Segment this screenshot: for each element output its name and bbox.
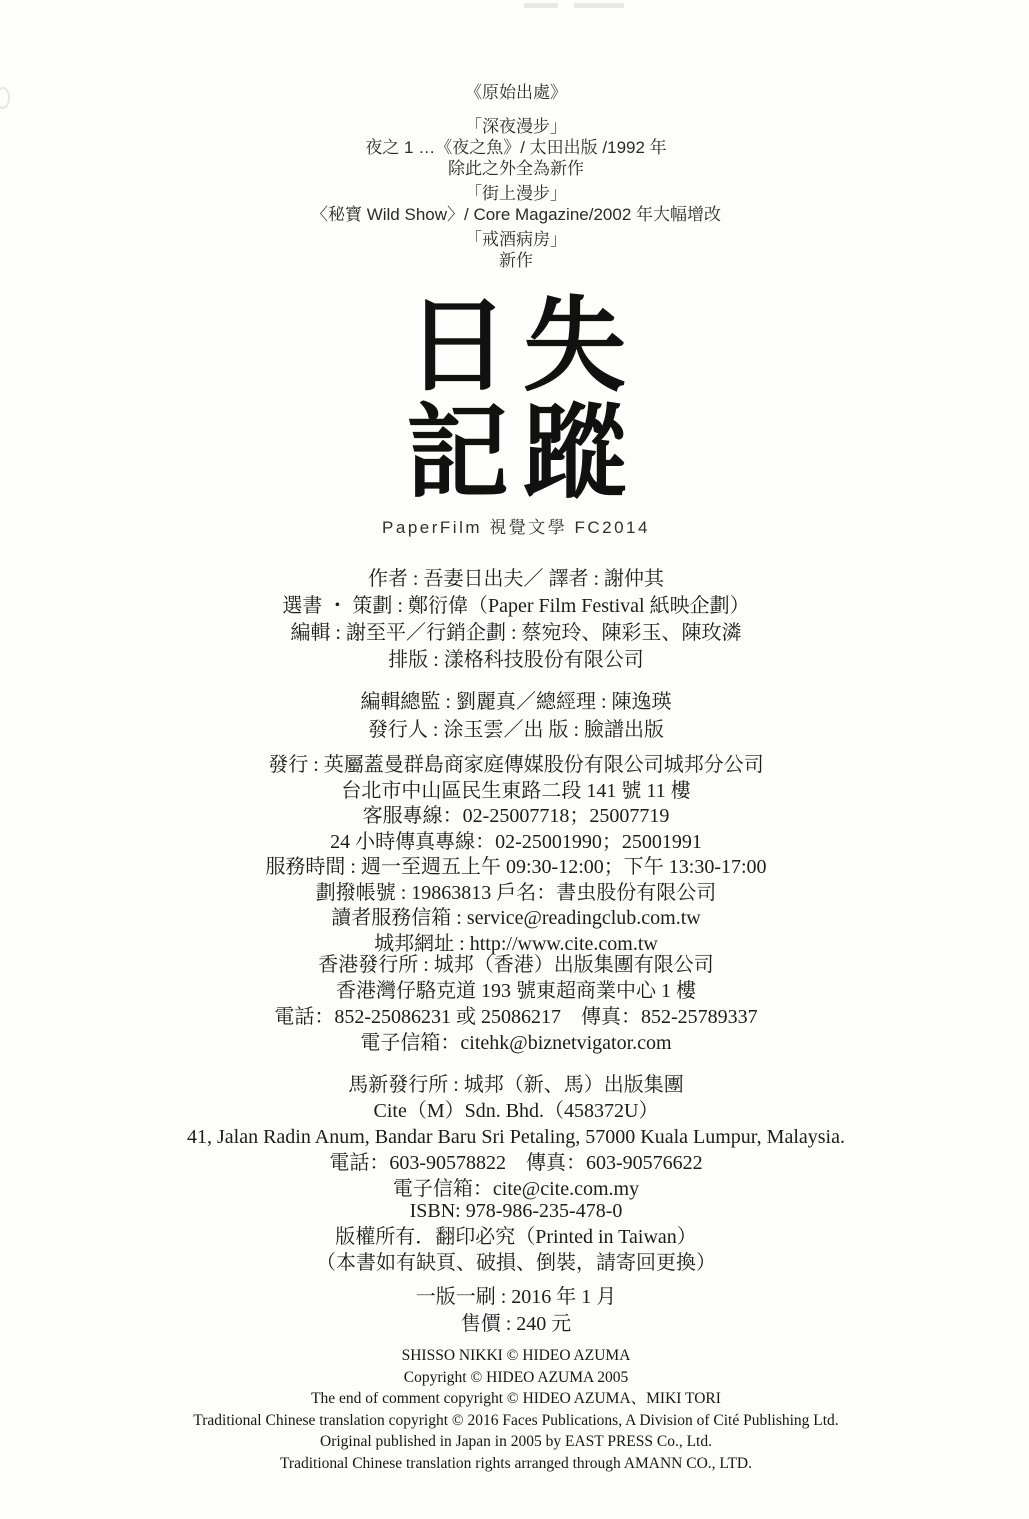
hk-phone-fax: 電話：852-25086231 或 25086217 傳真：852-257893… xyxy=(16,1004,1016,1030)
malaysia-distribution: 馬新發行所 : 城邦（新、馬）出版集團 Cite（M）Sdn. Bhd.（458… xyxy=(16,1072,1016,1202)
fax-hotline: 24 小時傳真專線：02-25001990；25001991 xyxy=(16,830,1016,856)
scan-artifact-bar xyxy=(574,3,624,8)
management-credits: 編輯總監 : 劉麗真／總經理 : 陳逸瑛 發行人 : 涂玉雲／出 版 : 臉譜出… xyxy=(16,688,1016,744)
my-phone-fax: 電話：603-90578822 傳真：603-90576622 xyxy=(16,1150,1016,1176)
copyright-line: The end of comment copyright © HIDEO AZU… xyxy=(16,1388,1016,1410)
edition-printing: 一版一刷 : 2016 年 1 月 xyxy=(16,1284,1016,1311)
postal-account: 劃撥帳號 : 19863813 戶名：書虫股份有限公司 xyxy=(16,881,1016,907)
copyright-line: Copyright © HIDEO AZUMA 2005 xyxy=(16,1367,1016,1389)
reader-service-email: 讀者服務信箱 : service@readingclub.com.tw xyxy=(16,906,1016,932)
origin-work-note: 新作 xyxy=(16,250,1016,271)
origin-work-source: 〈秘寶 Wild Show〉/ Core Magazine/2002 年大幅增改 xyxy=(16,204,1016,225)
distribution-company: 發行 : 英屬蓋曼群島商家庭傳媒股份有限公司城邦分公司 xyxy=(16,753,1016,779)
origin-group-night-walk: 「深夜漫步」 夜之 1 …《夜之魚》/ 太田出版 /1992 年 除此之外全為新… xyxy=(16,116,1016,179)
copyright-line: Traditional Chinese translation copyrigh… xyxy=(16,1410,1016,1432)
replacement-note: （本書如有缺頁、破損、倒裝，請寄回更換） xyxy=(16,1250,1016,1276)
origin-work-source: 夜之 1 …《夜之魚》/ 太田出版 /1992 年 xyxy=(16,137,1016,158)
origin-work-note: 除此之外全為新作 xyxy=(16,158,1016,179)
service-hotline: 客服專線：02-25007718；25007719 xyxy=(16,804,1016,830)
credit-chief-editor-gm: 編輯總監 : 劉麗真／總經理 : 陳逸瑛 xyxy=(16,688,1016,716)
origin-group-street-walk: 「街上漫步」 〈秘寶 Wild Show〉/ Core Magazine/200… xyxy=(16,183,1016,225)
staff-credits: 作者 : 吾妻日出夫／ 譯者 : 謝仲其 選書 ・ 策劃 : 鄭衍偉（Paper… xyxy=(16,566,1016,674)
scan-artifact-bar xyxy=(524,3,558,8)
origin-work-title: 「街上漫步」 xyxy=(16,183,1016,204)
hk-email: 電子信箱：citehk@biznetvigator.com xyxy=(16,1030,1016,1056)
credit-author-translator: 作者 : 吾妻日出夫／ 譯者 : 謝仲其 xyxy=(16,566,1016,593)
series-imprint-line: PaperFilm 視覺文學 FC2014 xyxy=(16,513,1016,538)
english-copyright: SHISSO NIKKI © HIDEO AZUMA Copyright © H… xyxy=(16,1345,1016,1474)
hongkong-distribution: 香港發行所 : 城邦（香港）出版集團有限公司 香港灣仔駱克道 193 號東超商業… xyxy=(16,952,1016,1056)
rights-reserved-note: 版權所有．翻印必究（Printed in Taiwan） xyxy=(16,1224,1016,1250)
origin-work-title: 「深夜漫步」 xyxy=(16,116,1016,137)
hk-company: 香港發行所 : 城邦（香港）出版集團有限公司 xyxy=(16,952,1016,978)
copyright-line: SHISSO NIKKI © HIDEO AZUMA xyxy=(16,1345,1016,1367)
price: 售價 : 240 元 xyxy=(16,1311,1016,1338)
copyright-line: Traditional Chinese translation rights a… xyxy=(16,1453,1016,1475)
distribution-address: 台北市中山區民生東路二段 141 號 11 樓 xyxy=(16,779,1016,805)
book-title: 日失 記蹤 xyxy=(16,292,1016,506)
book-title-row-bottom: 記蹤 xyxy=(16,399,1016,506)
book-title-row-top: 日失 xyxy=(16,292,1016,399)
origin-work-title: 「戒酒病房」 xyxy=(16,229,1016,250)
edition-info: 一版一刷 : 2016 年 1 月 售價 : 240 元 xyxy=(16,1284,1016,1338)
taiwan-distribution: 發行 : 英屬蓋曼群島商家庭傳媒股份有限公司城邦分公司 台北市中山區民生東路二段… xyxy=(16,753,1016,957)
isbn-rights: ISBN: 978-986-235-478-0 版權所有．翻印必究（Printe… xyxy=(16,1198,1016,1276)
credit-editor-marketing: 編輯 : 謝至平／行銷企劃 : 蔡宛玲、陳彩玉、陳玫潾 xyxy=(16,620,1016,647)
hk-address: 香港灣仔駱克道 193 號東超商業中心 1 樓 xyxy=(16,978,1016,1004)
my-address: 41, Jalan Radin Anum, Bandar Baru Sri Pe… xyxy=(16,1124,1016,1150)
scan-artifact-left-edge xyxy=(0,87,10,109)
credit-publisher: 發行人 : 涂玉雲／出 版 : 臉譜出版 xyxy=(16,716,1016,744)
isbn-number: ISBN: 978-986-235-478-0 xyxy=(16,1198,1016,1224)
my-company: 馬新發行所 : 城邦（新、馬）出版集團 xyxy=(16,1072,1016,1098)
credit-typesetting: 排版 : 漾格科技股份有限公司 xyxy=(16,647,1016,674)
origin-group-alcohol-ward: 「戒酒病房」 新作 xyxy=(16,229,1016,271)
origin-heading: 《原始出處》 xyxy=(16,82,1016,103)
copyright-line: Original published in Japan in 2005 by E… xyxy=(16,1431,1016,1453)
credit-curation: 選書 ・ 策劃 : 鄭衍偉（Paper Film Festival 紙映企劃） xyxy=(16,593,1016,620)
service-hours: 服務時間 : 週一至週五上午 09:30-12:00；下午 13:30-17:0… xyxy=(16,855,1016,881)
my-company-en: Cite（M）Sdn. Bhd.（458372U） xyxy=(16,1098,1016,1124)
